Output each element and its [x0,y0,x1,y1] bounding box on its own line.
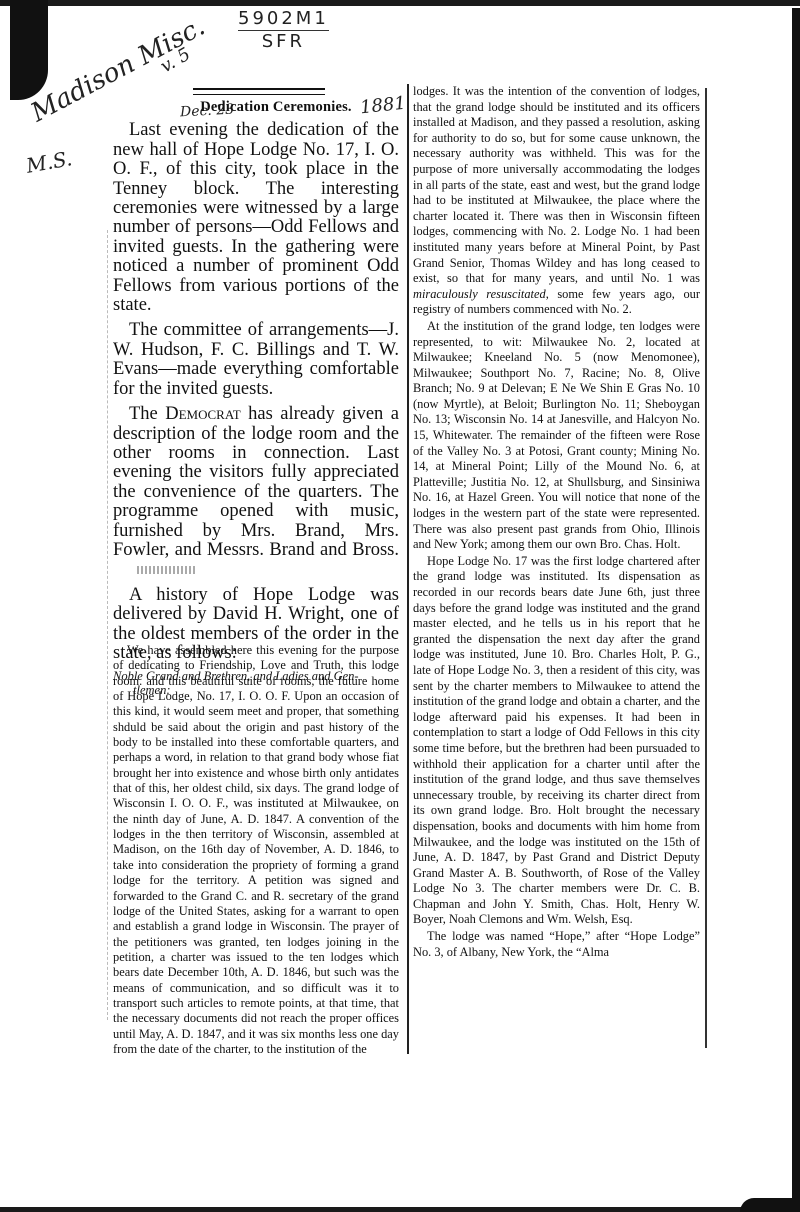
scan-shadow-left [10,0,48,100]
catalog-code-line2: SFR [262,31,305,52]
clipping-edge-right [705,88,707,1048]
article-column-right: lodges. It was the intention of the conv… [413,84,700,960]
article-column-left-speech: We have assembled here this evening for … [113,643,399,1057]
committee-paragraph: The committee of arrangements—J. W. Huds… [113,321,399,399]
speech-paragraph: lodges. It was the intention of the conv… [413,84,700,318]
speech-paragraph: At the institution of the grand lodge, t… [413,319,700,553]
handwritten-ms: M.S. [24,146,74,178]
ink-smudge [137,566,197,574]
speech-paragraph: The lodge was named “Hope,” after “Hope … [413,929,700,960]
speech-paragraph: Hope Lodge No. 17 was the first lodge ch… [413,554,700,928]
catalog-code: 5902M1 SFR [238,8,329,53]
scan-shadow-bottom-right [740,1198,800,1212]
clipping-edge-left [107,230,109,1020]
scan-border-right [792,8,800,1212]
column-divider [407,84,409,1054]
speech-paragraph: We have assembled here this evening for … [113,643,399,1057]
newspaper-name: Democrat [165,404,240,424]
democrat-paragraph: The Democrat has already given a descrip… [113,405,399,580]
lead-paragraph: Last evening the dedication of the new h… [113,121,399,315]
article-column-left-lead: Dedication Ceremonies. Last evening the … [113,98,399,701]
scan-border-bottom [0,1207,800,1212]
headline-rule [193,88,325,95]
catalog-code-line1: 5902M1 [238,8,329,31]
scan-border-top [0,0,800,6]
article-headline: Dedication Ceremonies. [153,98,399,117]
